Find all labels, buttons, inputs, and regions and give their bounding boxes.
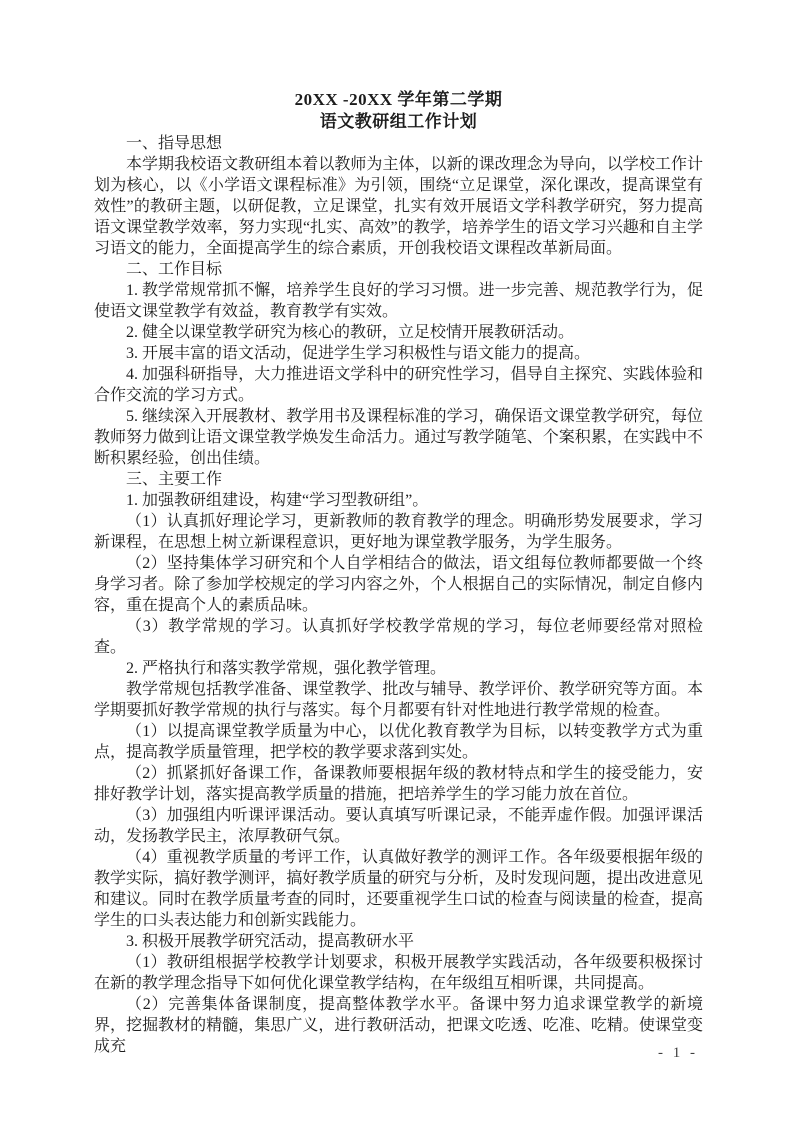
- section-heading-work-goals: 二、工作目标: [94, 259, 703, 280]
- document-title-line1: 20XX -20XX 学年第二学期: [94, 89, 703, 111]
- paragraph: 1. 教学常规常抓不懈，培养学生良好的学习习惯。进一步完善、规范教学行为，促使语…: [94, 280, 703, 322]
- paragraph: 3. 积极开展教学研究活动，提高教研水平: [94, 931, 703, 952]
- paragraph: （3）加强组内听课评课活动。要认真填写听课记录，不能弄虚作假。加强评课活动，发扬…: [94, 805, 703, 847]
- section-heading-guiding-ideology: 一、指导思想: [94, 133, 703, 154]
- document-body: 一、指导思想 本学期我校语文教研组本着以教师为主体，以新的课改理念为导向，以学校…: [94, 133, 703, 1057]
- paragraph: 4. 加强科研指导，大力推进语文学科中的研究性学习，倡导自主探究、实践体验和合作…: [94, 364, 703, 406]
- paragraph: （4）重视教学质量的考评工作，认真做好教学的测评工作。各年级要根据年级的教学实际…: [94, 847, 703, 931]
- section-heading-main-work: 三、主要工作: [94, 469, 703, 490]
- paragraph: 2. 严格执行和落实教学常规，强化教学管理。: [94, 658, 703, 679]
- paragraph: 本学期我校语文教研组本着以教师为主体，以新的课改理念为导向，以学校工作计划为核心…: [94, 154, 703, 259]
- paragraph: （1）教研组根据学校教学计划要求，积极开展教学实践活动，各年级要积极探讨在新的教…: [94, 952, 703, 994]
- paragraph: （1）认真抓好理论学习，更新教师的教育教学的理念。明确形势发展要求，学习新课程，…: [94, 511, 703, 553]
- paragraph: （2）坚持集体学习研究和个人自学相结合的做法，语文组每位教师都要做一个终身学习者…: [94, 553, 703, 616]
- paragraph: （1）以提高课堂教学质量为中心，以优化教育教学为目标，以转变教学方式为重点，提高…: [94, 721, 703, 763]
- paragraph: 5. 继续深入开展教材、教学用书及课程标准的学习，确保语文课堂教学研究，每位教师…: [94, 406, 703, 469]
- paragraph: （2）完善集体备课制度，提高整体教学水平。备课中努力追求课堂教学的新境界，挖掘教…: [94, 994, 703, 1057]
- paragraph: 2. 健全以课堂教学研究为核心的教研，立足校情开展教研活动。: [94, 322, 703, 343]
- paragraph: （3）教学常规的学习。认真抓好学校教学常规的学习，每位老师要经常对照检查。: [94, 616, 703, 658]
- paragraph: （2）抓紧抓好备课工作，备课教师要根据年级的教材特点和学生的接受能力，安排好教学…: [94, 763, 703, 805]
- document-title-line2: 语文教研组工作计划: [94, 111, 703, 133]
- paragraph: 3. 开展丰富的语文活动，促进学生学习积极性与语文能力的提高。: [94, 343, 703, 364]
- paragraph: 1. 加强教研组建设，构建“学习型教研组”。: [94, 490, 703, 511]
- document-content: 20XX -20XX 学年第二学期 语文教研组工作计划 一、指导思想 本学期我校…: [94, 89, 703, 1057]
- page-number: - 1 -: [634, 1044, 722, 1062]
- paragraph: 教学常规包括教学准备、课堂教学、批改与辅导、教学评价、教学研究等方面。本学期要抓…: [94, 679, 703, 721]
- document-page: 20XX -20XX 学年第二学期 语文教研组工作计划 一、指导思想 本学期我校…: [0, 0, 793, 1122]
